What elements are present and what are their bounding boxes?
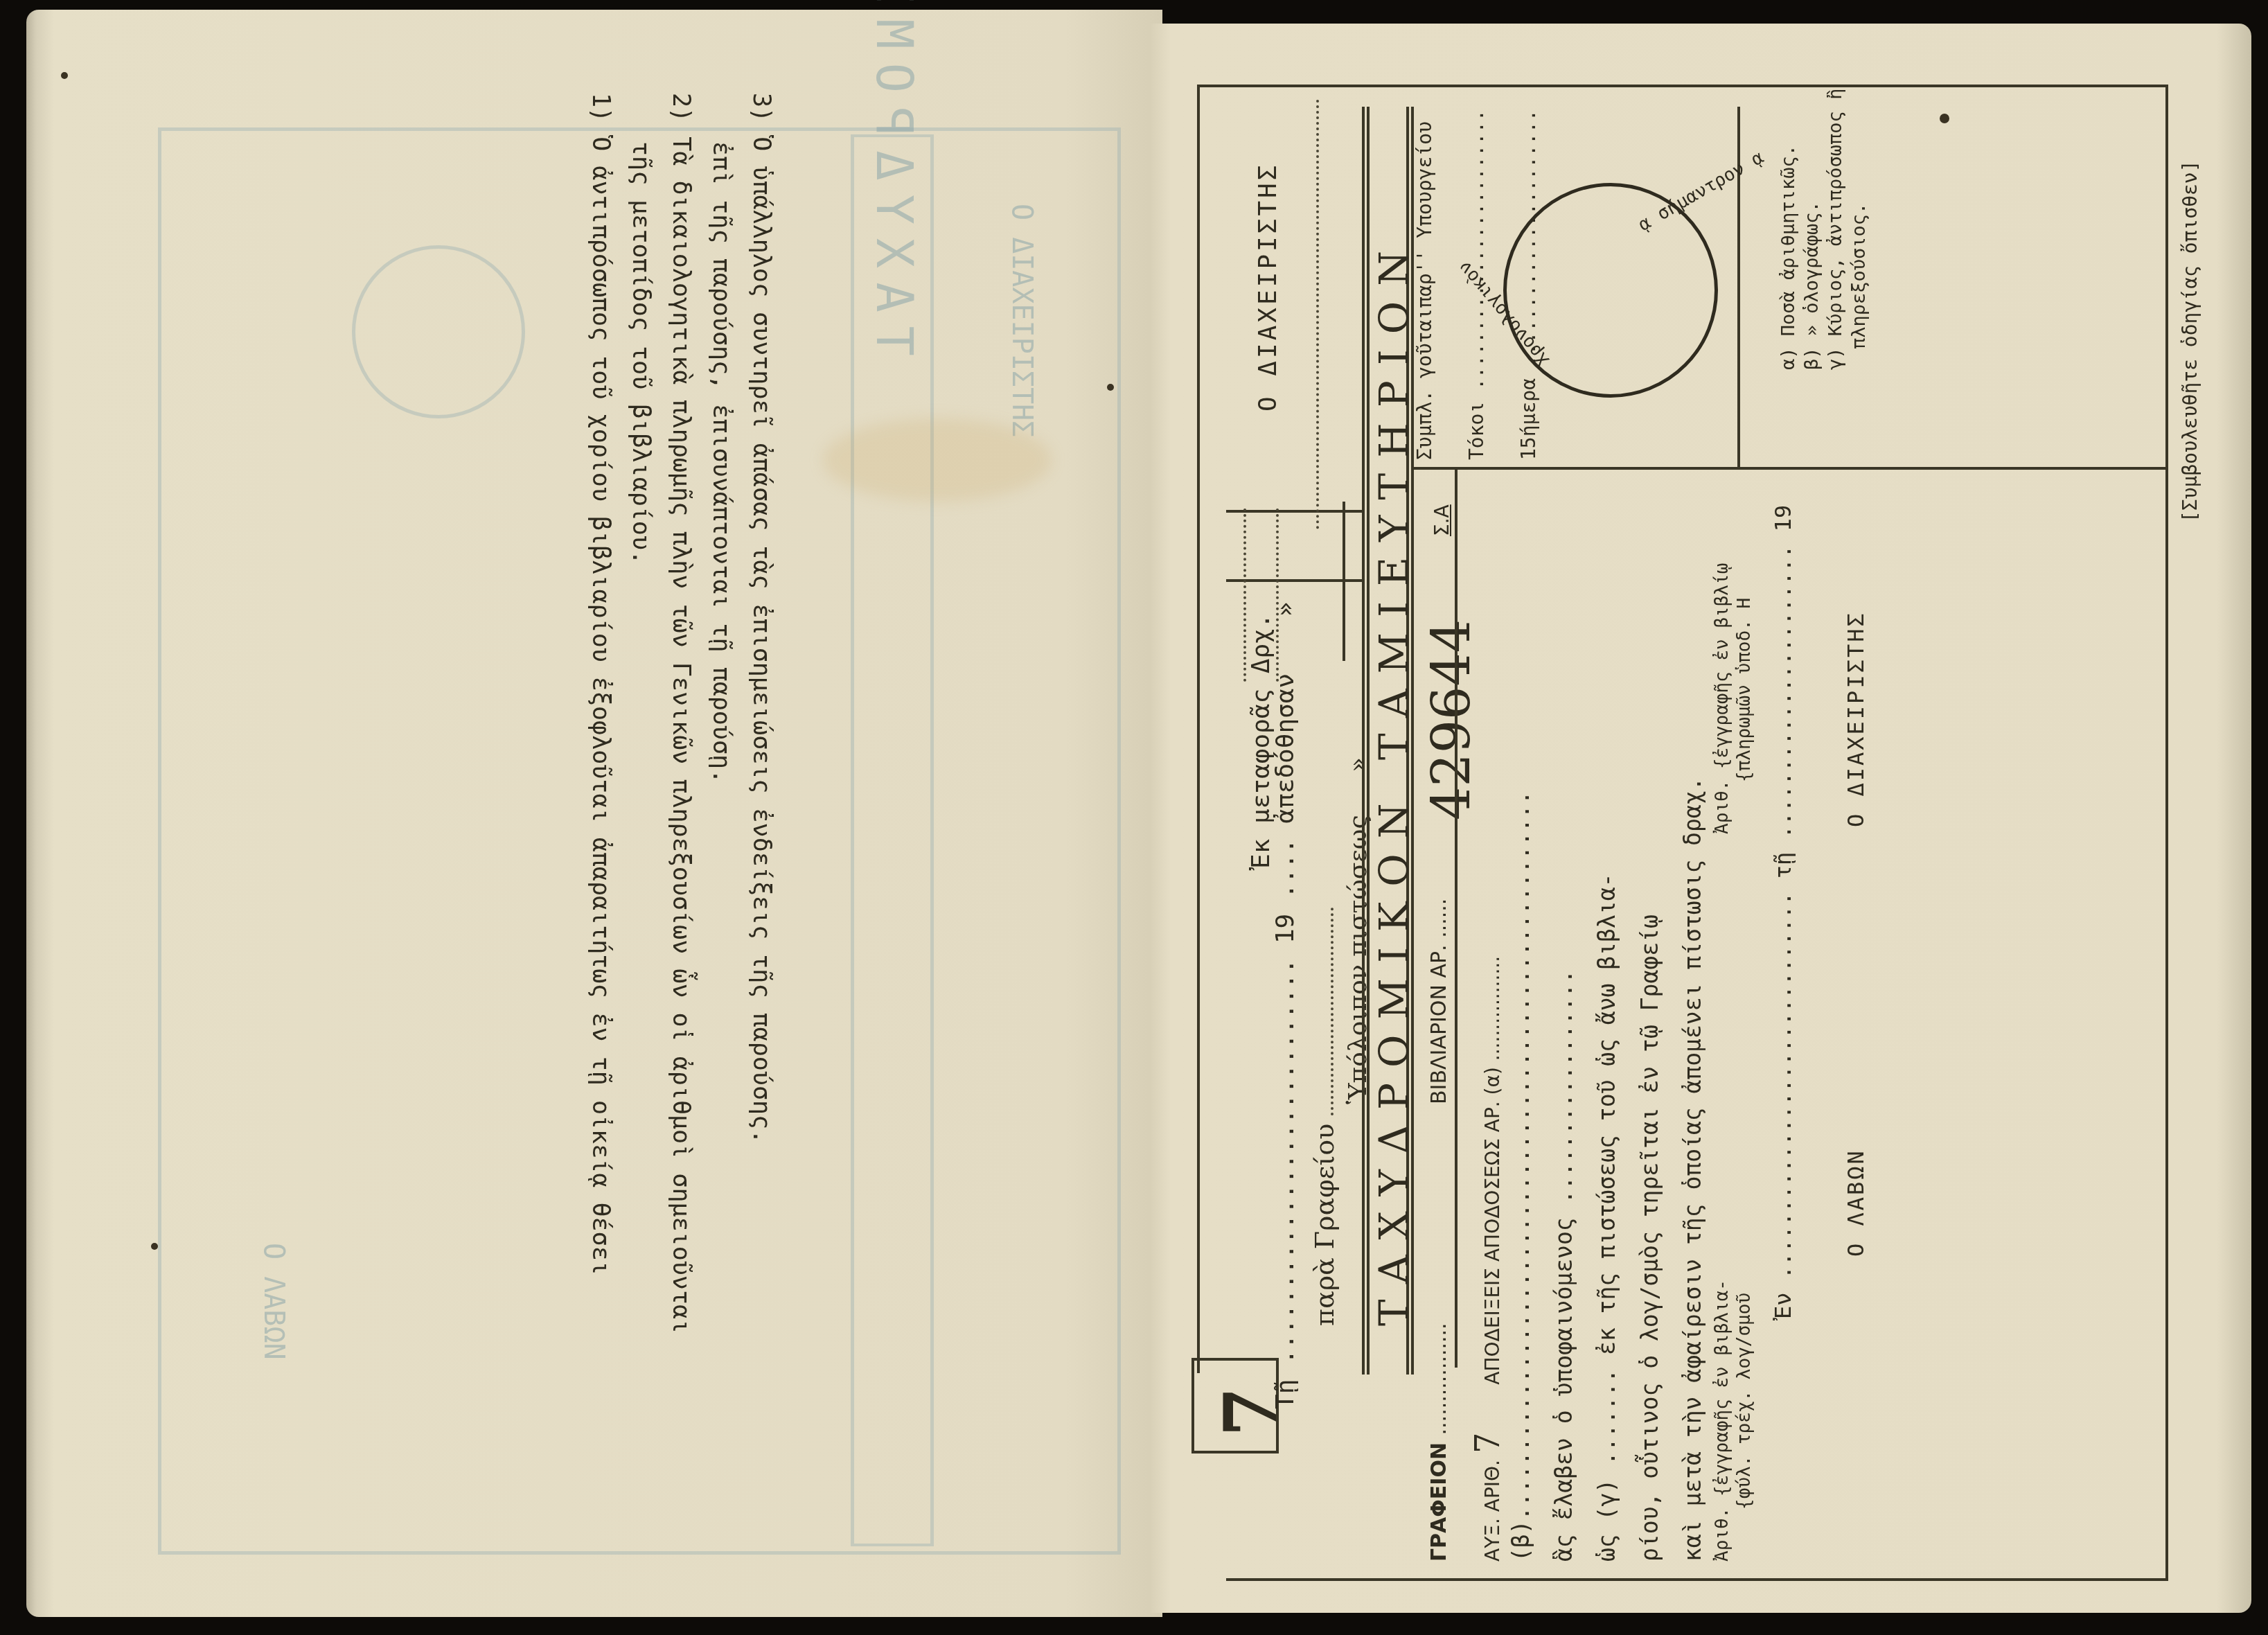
footnotes: α) Ποσὰ ἀριθμητικῶς. β) » ὁλογράφως. γ) … — [1777, 89, 1871, 370]
bleed-through-receiver: Ο ΛΑΒΩΝ — [258, 1243, 290, 1360]
body-text: (β).....................................… — [1500, 777, 1715, 1562]
booklet-field[interactable]: ...... — [1427, 899, 1451, 938]
year-prefix-2: 19 — [1770, 505, 1796, 532]
booklet-label: ΒΙΒΛΙΑΡΙΟΝ ΑΡ. — [1427, 944, 1451, 1104]
footnote-b: β) » ὁλογράφως. — [1800, 89, 1824, 370]
date-prefix: Τῇ — [1271, 1379, 1300, 1409]
entry-ref-right-a: Ἀριθ. {ἐγγραφῆς ἐν βιβλίῳ — [1711, 563, 1733, 834]
amount-dots — [1243, 509, 1246, 682]
speck — [1940, 114, 1949, 123]
year-prefix: 19 — [1271, 914, 1300, 944]
entry-ref-right: Ἀριθ. {ἐγγραφῆς ἐν βιβλίῳ {πληρωμῶν ὑποδ… — [1711, 563, 1755, 834]
booklet-label-line: ΒΙΒΛΙΑΡΙΟΝ ΑΡ. ...... — [1427, 899, 1451, 1104]
speck — [1107, 384, 1114, 391]
title-band-left-2 — [1367, 107, 1370, 1375]
form-frame-top — [1198, 85, 2168, 87]
instruction-note-1b: τῆς μετοπίδος τοῦ βιβλιαρίου. — [621, 93, 661, 1334]
left-page: ΤΑΧΥΔΡΟΜΙΚΟΝ ΤΑΜΙΕΥΤΗΡΙΟΝ Ο ΔΙΑΧΕΙΡΙΣΤΗΣ… — [26, 10, 1162, 1617]
footnote-a: α) Ποσὰ ἀριθμητικῶς. — [1777, 89, 1800, 370]
from-office-field[interactable] — [1331, 908, 1334, 1115]
body-line-account: ρίου, οὗτινος ὁ λογ/σμὸς τηρεῖται ἐν τῷ … — [1629, 777, 1672, 1562]
document-title: ΤΑΧΥΔΡΟΜΙΚΟΝ ΤΑΜΙΕΥΤΗΡΙΟΝ — [1370, 236, 1417, 1326]
side-panel-divider — [1413, 467, 2165, 470]
from-office-line: παρὰ Γραφείου — [1309, 908, 1340, 1326]
title-band-left — [1362, 107, 1365, 1375]
entry-ref-right-b: {πληρωμῶν ὑποδ. Η — [1733, 563, 1755, 834]
place-field[interactable]: ............................. — [1770, 892, 1796, 1280]
instruction-note-2: 2) Τὰ δικαιολογητικὰ πληρωμῆς πλὴν τῶν Γ… — [661, 93, 701, 1334]
office-field[interactable]: ................. — [1427, 1323, 1451, 1435]
receiver-signature: Ο ΛΑΒΩΝ — [1843, 1149, 1869, 1257]
instruction-note-3: 3) Ὁ ὑπάλληλος συντηρεῖ ἀπάσας τὰς ἐπιση… — [741, 93, 781, 1334]
office-label-line: ΓΡΑΦΕΙΟΝ ................. — [1427, 1323, 1451, 1562]
year-field[interactable]: .... — [1271, 838, 1300, 899]
manager-signature-top: Ο ΔΙΑΧΕΙΡΙΣΤΗΣ — [1254, 163, 1282, 412]
date-field[interactable]: ........................... — [1271, 959, 1300, 1364]
amount-words-field[interactable]: ........................................… — [1507, 790, 1534, 1520]
body-line-received: ἃς ἔλαβεν ὁ ὑποφαινόμενος ..............… — [1543, 777, 1586, 1562]
stamp-top-text: ᾳ σήμαντρον ᾳ — [1635, 147, 1767, 236]
footnote-c: γ) Κύριος, ἀντιπρόσωπος ἢ — [1824, 89, 1848, 370]
manager-signature-line — [1316, 100, 1319, 529]
entry-ref-left-b: {φύλ. τρέχ. λογ/σμοῦ — [1733, 1280, 1755, 1562]
bleed-through-title: ΤΑΧΥΔΡΟΜΙΚΟΝ ΤΑΜΙΕΥΤΗΡΙΟΝ — [865, 0, 923, 356]
form-frame-bottom — [1226, 1578, 2168, 1581]
date-prefix-2: τῇ — [1770, 852, 1796, 879]
speck — [61, 72, 68, 79]
place-date-line: Ἐν ............................. τῇ ....… — [1770, 505, 1796, 1319]
speck — [151, 1243, 158, 1250]
booklet-series: Σ.Α — [1430, 504, 1453, 536]
body-line-b: (β).....................................… — [1500, 777, 1543, 1562]
body-line-as: ὡς (γ) ....... ἐκ τῆς πιστώσεως τοῦ ὡς ἄ… — [1586, 777, 1629, 1562]
instructions-block: 3) Ὁ ὑπάλληλος συντηρεῖ ἀπάσας τὰς ἐπιση… — [581, 93, 781, 1334]
footnote-c2: πληρεξούσιος. — [1848, 89, 1871, 370]
right-page: 7 Ο ΔΙΑΧΕΙΡΙΣΤΗΣ Ἐκ μεταφορᾶς Δρχ. Τῇ ..… — [1150, 24, 2251, 1613]
interest-field[interactable]: ........................ — [1465, 109, 1488, 390]
bleed-through-manager: Ο ΔΙΑΧΕΙΡΙΣΤΗΣ — [1006, 204, 1038, 437]
booklet-row-underline — [1455, 467, 1458, 1368]
date-field-2[interactable]: ...................... — [1770, 545, 1796, 839]
manager-signature: Ο ΔΙΑΧΕΙΡΙΣΤΗΣ — [1843, 611, 1869, 827]
footer-note: [Συμβουλευθῆτε ὁδηγίας ὄπισθεν] — [2179, 160, 2201, 522]
office-label: ΓΡΑΦΕΙΟΝ — [1427, 1442, 1451, 1562]
paid-label: ἀπεδόθησαν — [1271, 673, 1300, 824]
ditto-mark: » — [1271, 602, 1300, 617]
stain — [823, 418, 1052, 502]
entry-ref-left: Ἀριθ. {ἐγγραφῆς ἐν βιβλια- {φύλ. τρέχ. λ… — [1711, 1280, 1755, 1562]
booklet-serial: 429644 — [1420, 619, 1482, 820]
body-line-remaining: καὶ μετὰ τὴν ἀφαίρεσιν τῆς ὁποίας ἀπομέν… — [1672, 777, 1715, 1562]
bleed-through-stamp — [352, 245, 525, 418]
from-office-label: παρὰ Γραφείου — [1309, 1124, 1340, 1326]
form-frame-left — [1197, 85, 1200, 1373]
recipient-field[interactable]: ................. — [1550, 970, 1577, 1204]
side-panel-line1: Συμπλ. γοῦταιπαρ'' Υπουργείου — [1413, 121, 1436, 460]
instruction-note-1: 1) Ὁ ἀντιπρόσωπος τοῦ χορίου βιβλιαρίου … — [581, 93, 621, 1334]
date-line: Τῇ ........................... 19 .... ἀ… — [1271, 602, 1300, 1410]
interest-label: Τόκοι — [1465, 402, 1488, 460]
entry-ref-left-a: Ἀριθ. {ἐγγραφῆς ἐν βιβλια- — [1711, 1280, 1733, 1562]
amount-column-line — [1343, 502, 1345, 661]
form-frame-right — [2165, 85, 2168, 1581]
place-prefix: Ἐν — [1770, 1292, 1796, 1319]
fortnight-label: 15ήμερα — [1517, 378, 1540, 460]
instruction-note-2b: ἐπὶ τῆς παρούσης, ἐπισυνάπτονται τῇ παρο… — [701, 93, 741, 1334]
